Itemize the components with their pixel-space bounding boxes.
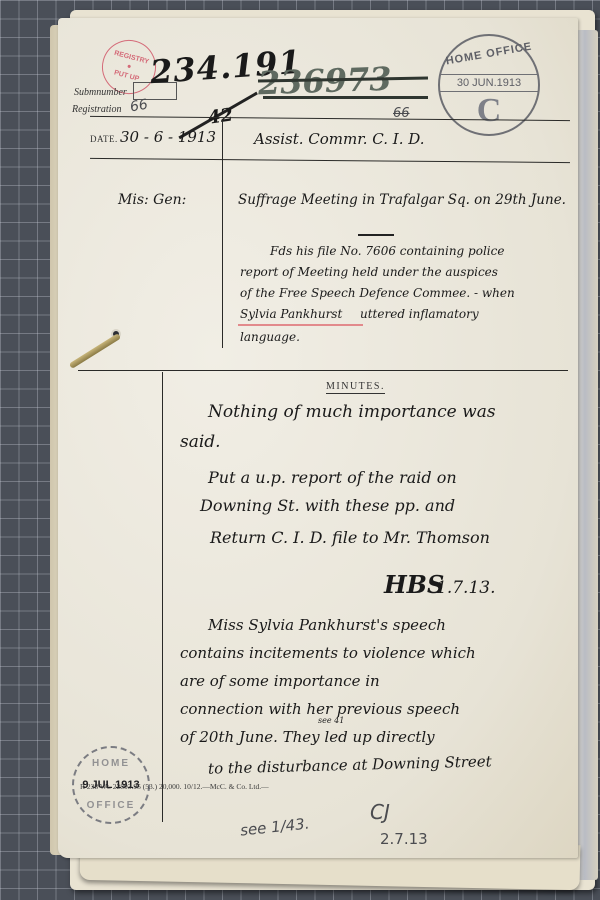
subject-body-line: uttered inflamatory — [360, 307, 479, 321]
subject-body-line: Fds his file No. 7606 containing police — [270, 244, 504, 258]
file-stack-right-edge — [576, 30, 598, 880]
minute-entry-line: to the disturbance at Downing Street — [208, 752, 492, 777]
minute-signature: CJ — [370, 800, 390, 824]
minute-entry-line: Miss Sylvia Pankhurst's speech — [208, 616, 446, 634]
subject-title: Suffrage Meeting in Trafalgar Sq. on 29t… — [238, 192, 566, 208]
column-divider — [222, 120, 223, 348]
minutes-margin-line — [162, 372, 163, 822]
minute-entry-line: are of some importance in — [180, 672, 380, 690]
registration-mark: 66 — [129, 97, 149, 116]
minutes-heading: MINUTES. — [326, 381, 385, 394]
subject-separator — [358, 234, 394, 236]
minutes-rule — [78, 370, 568, 371]
subject-body-name: Sylvia Pankhurst — [240, 307, 342, 321]
date-label: DATE. — [90, 134, 118, 144]
minute-entry-line: Downing St. with these pp. and — [200, 496, 455, 515]
minute-entry-line: Put a u.p. report of the raid on — [208, 468, 457, 487]
subject-category: Mis: Gen: — [118, 192, 186, 208]
minute-entry-line: contains incitements to violence which — [180, 644, 476, 662]
minute-entry-line: said. — [180, 432, 221, 452]
from-field: Assist. Commr. C. I. D. — [254, 130, 425, 148]
date-value: 30 - 6 - 1913 — [120, 128, 216, 146]
minute-entry-line: Nothing of much importance was — [208, 402, 496, 422]
submnumber-label: Submnumber — [74, 87, 127, 98]
minute-entry-line: Return C. I. D. file to Mr. Thomson — [210, 528, 490, 547]
minute-entry-line: of 20th June. They led up directly — [180, 728, 435, 746]
margin-cross-reference: see 1/43. — [239, 814, 310, 839]
subject-body-line: language. — [240, 330, 300, 344]
subject-body-line: of the Free Speech Defence Commee. - whe… — [240, 286, 515, 300]
registration-label: Registration — [72, 104, 121, 115]
minute-date: 2.7.13 — [380, 830, 428, 848]
subject-body-line: report of Meeting held under the auspice… — [240, 265, 498, 279]
printer-imprint: R 238 Wt. 22803.95 (53.) 20,000. 10/12.—… — [80, 782, 269, 791]
minute-date: 1.7.13. — [436, 578, 495, 598]
minute-sheet: REGISTRY • PUT UP Submnumber Registratio… — [58, 18, 578, 858]
red-pencil-underline — [238, 324, 363, 326]
paper-clip-icon — [69, 333, 121, 369]
strike-line — [263, 96, 428, 99]
interlinear-annotation: see 41 — [318, 716, 344, 725]
header-rule — [90, 158, 570, 163]
